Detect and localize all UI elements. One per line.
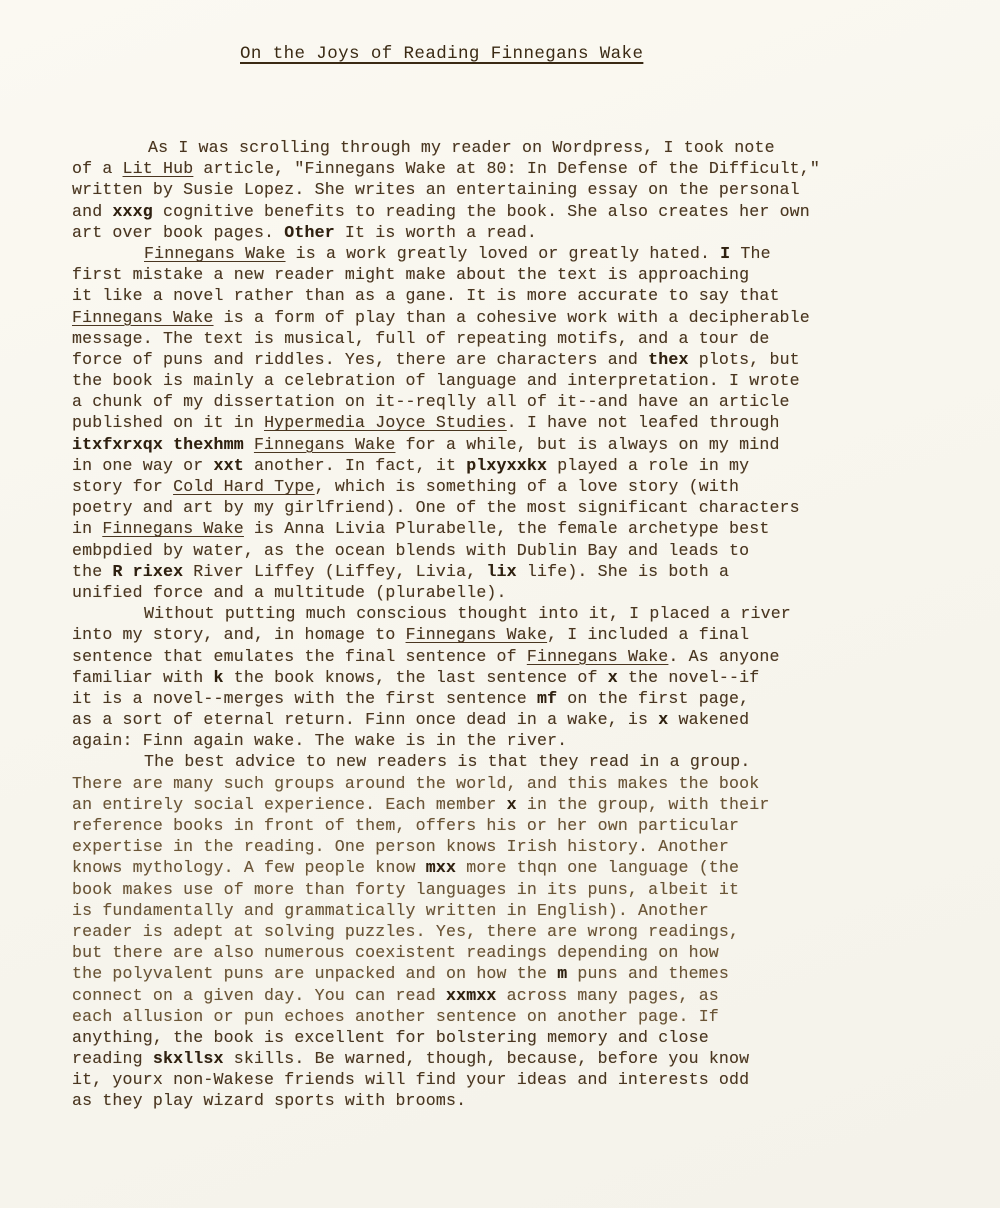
strikeover-text: plxyxxkx bbox=[466, 456, 547, 475]
text-run: life). She is both a bbox=[517, 562, 729, 581]
text-run: the novel--if bbox=[618, 668, 760, 687]
text-run: in one way or bbox=[72, 456, 214, 475]
text-run: poetry and art by my girlfriend). One of… bbox=[72, 498, 800, 517]
text-line: a chunk of my dissertation on it--reqlly… bbox=[72, 391, 952, 412]
text-run: each allusion or pun echoes another sent… bbox=[72, 1007, 719, 1026]
text-line: reader is adept at solving puzzles. Yes,… bbox=[72, 921, 952, 942]
text-run: River Liffey (Liffey, Livia, bbox=[183, 562, 486, 581]
underlined-title: Finnegans Wake bbox=[527, 647, 669, 666]
text-line: the polyvalent puns are unpacked and on … bbox=[72, 963, 952, 984]
text-run: The bbox=[730, 244, 770, 263]
text-run: in bbox=[72, 519, 102, 538]
underlined-title: Finnegans Wake bbox=[144, 244, 286, 263]
strikeover-text: mf bbox=[537, 689, 557, 708]
text-line: expertise in the reading. One person kno… bbox=[72, 836, 952, 857]
text-run: art over book pages. bbox=[72, 223, 284, 242]
text-line: the R rixex River Liffey (Liffey, Livia,… bbox=[72, 561, 952, 582]
text-run: There are many such groups around the wo… bbox=[72, 774, 759, 793]
text-run: embpdied by water, as the ocean blends w… bbox=[72, 541, 749, 560]
text-run: sentence that emulates the final sentenc… bbox=[72, 647, 527, 666]
text-run: written by Susie Lopez. She writes an en… bbox=[72, 180, 800, 199]
text-run: it is a novel--merges with the first sen… bbox=[72, 689, 537, 708]
text-line: it is a novel--merges with the first sen… bbox=[72, 688, 952, 709]
text-line: each allusion or pun echoes another sent… bbox=[72, 1006, 952, 1027]
text-run: reader is adept at solving puzzles. Yes,… bbox=[72, 922, 739, 941]
text-line: anything, the book is excellent for bols… bbox=[72, 1027, 952, 1048]
text-run: story for bbox=[72, 477, 173, 496]
text-run: for a while, but is always on my mind bbox=[395, 435, 779, 454]
text-line: Finnegans Wake is a work greatly loved o… bbox=[72, 243, 952, 264]
text-run: message. The text is musical, full of re… bbox=[72, 329, 769, 348]
text-line: written by Susie Lopez. She writes an en… bbox=[72, 179, 952, 200]
text-run: on the first page, bbox=[557, 689, 749, 708]
text-run: the bbox=[72, 562, 112, 581]
text-run: . I have not leafed through bbox=[507, 413, 780, 432]
text-line: the book is mainly a celebration of lang… bbox=[72, 370, 952, 391]
text-run: is a work greatly loved or greatly hated… bbox=[286, 244, 721, 263]
text-run: the book knows, the last sentence of bbox=[224, 668, 608, 687]
text-line: in Finnegans Wake is Anna Livia Plurabel… bbox=[72, 518, 952, 539]
text-run: reference books in front of them, offers… bbox=[72, 816, 739, 835]
text-line: story for Cold Hard Type, which is somet… bbox=[72, 476, 952, 497]
text-run: It is worth a read. bbox=[335, 223, 537, 242]
text-line: but there are also numerous coexistent r… bbox=[72, 942, 952, 963]
text-run: plots, but bbox=[689, 350, 800, 369]
text-line: unified force and a multitude (plurabell… bbox=[72, 582, 952, 603]
typewritten-page: On the Joys of Reading Finnegans Wake As… bbox=[0, 0, 1000, 1208]
text-line: as a sort of eternal return. Finn once d… bbox=[72, 709, 952, 730]
strikeover-text: k bbox=[214, 668, 224, 687]
strikeover-text: mxx bbox=[426, 858, 456, 877]
text-run: published on it in bbox=[72, 413, 264, 432]
underlined-title: Hypermedia Joyce Studies bbox=[264, 413, 507, 432]
text-line: book makes use of more than forty langua… bbox=[72, 879, 952, 900]
text-line: sentence that emulates the final sentenc… bbox=[72, 646, 952, 667]
text-run: is Anna Livia Plurabelle, the female arc… bbox=[244, 519, 770, 538]
text-line: art over book pages. Other It is worth a… bbox=[72, 222, 952, 243]
text-run bbox=[244, 435, 254, 454]
strikeover-text: x bbox=[608, 668, 618, 687]
paragraph: Without putting much conscious thought i… bbox=[72, 603, 952, 751]
essay-body: As I was scrolling through my reader on … bbox=[72, 137, 952, 1112]
text-run: skills. Be warned, though, because, befo… bbox=[224, 1049, 750, 1068]
strikeover-text: xxxg bbox=[112, 202, 152, 221]
paragraph: The best advice to new readers is that t… bbox=[72, 751, 952, 1111]
text-line: familiar with k the book knows, the last… bbox=[72, 667, 952, 688]
text-run: cognitive benefits to reading the book. … bbox=[153, 202, 810, 221]
text-run: The best advice to new readers is that t… bbox=[144, 752, 750, 771]
underlined-title: Finnegans Wake bbox=[102, 519, 244, 538]
strikeover-text: skxllsx bbox=[153, 1049, 224, 1068]
text-run: unified force and a multitude (plurabell… bbox=[72, 583, 507, 602]
text-run: wakened bbox=[668, 710, 749, 729]
text-run: a chunk of my dissertation on it--reqlly… bbox=[72, 392, 790, 411]
text-run: an entirely social experience. Each memb… bbox=[72, 795, 507, 814]
text-run: the book is mainly a celebration of lang… bbox=[72, 371, 800, 390]
text-run: Without putting much conscious thought i… bbox=[144, 604, 791, 623]
text-run: is fundamentally and grammatically writt… bbox=[72, 901, 709, 920]
text-line: is fundamentally and grammatically writt… bbox=[72, 900, 952, 921]
strikeover-text: x bbox=[658, 710, 668, 729]
text-run: more thqn one language (the bbox=[456, 858, 739, 877]
text-run: connect on a given day. You can read bbox=[72, 986, 446, 1005]
underlined-title: Finnegans Wake bbox=[72, 308, 214, 327]
text-run: another. In fact, it bbox=[244, 456, 466, 475]
text-run: article, "Finnegans Wake at 80: In Defen… bbox=[193, 159, 820, 178]
paragraph: As I was scrolling through my reader on … bbox=[72, 137, 952, 243]
text-line: in one way or xxt another. In fact, it p… bbox=[72, 455, 952, 476]
text-run: puns and themes bbox=[567, 964, 729, 983]
text-run: reading bbox=[72, 1049, 153, 1068]
text-line: an entirely social experience. Each memb… bbox=[72, 794, 952, 815]
text-run: , I included a final bbox=[547, 625, 749, 644]
text-line: The best advice to new readers is that t… bbox=[72, 751, 952, 772]
text-line: itxfxrxqx thexhmm Finnegans Wake for a w… bbox=[72, 434, 952, 455]
text-line: There are many such groups around the wo… bbox=[72, 773, 952, 794]
text-run: anything, the book is excellent for bols… bbox=[72, 1028, 709, 1047]
strikeover-text: Other bbox=[284, 223, 335, 242]
text-line: As I was scrolling through my reader on … bbox=[72, 137, 952, 158]
text-run: as they play wizard sports with brooms. bbox=[72, 1091, 466, 1110]
text-run: knows mythology. A few people know bbox=[72, 858, 426, 877]
text-line: again: Finn again wake. The wake is in t… bbox=[72, 730, 952, 751]
underlined-title: Finnegans Wake bbox=[406, 625, 548, 644]
paragraph: Finnegans Wake is a work greatly loved o… bbox=[72, 243, 952, 603]
strikeover-text: x bbox=[507, 795, 517, 814]
text-line: message. The text is musical, full of re… bbox=[72, 328, 952, 349]
text-run: and bbox=[72, 202, 112, 221]
text-run: expertise in the reading. One person kno… bbox=[72, 837, 729, 856]
text-run: of a bbox=[72, 159, 123, 178]
text-line: it like a novel rather than as a gane. I… bbox=[72, 285, 952, 306]
text-line: connect on a given day. You can read xxm… bbox=[72, 985, 952, 1006]
text-run: , which is something of a love story (wi… bbox=[315, 477, 740, 496]
text-line: poetry and art by my girlfriend). One of… bbox=[72, 497, 952, 518]
text-run: but there are also numerous coexistent r… bbox=[72, 943, 719, 962]
text-line: it, yourx non-Wakese friends will find y… bbox=[72, 1069, 952, 1090]
text-run: played a role in my bbox=[547, 456, 749, 475]
text-line: of a Lit Hub article, "Finnegans Wake at… bbox=[72, 158, 952, 179]
underlined-title: Finnegans Wake bbox=[254, 435, 396, 454]
text-run: as a sort of eternal return. Finn once d… bbox=[72, 710, 658, 729]
text-line: into my story, and, in homage to Finnega… bbox=[72, 624, 952, 645]
text-run: is a form of play than a cohesive work w… bbox=[214, 308, 810, 327]
text-run: book makes use of more than forty langua… bbox=[72, 880, 739, 899]
strikeover-text: xxt bbox=[214, 456, 244, 475]
text-run: As I was scrolling through my reader on … bbox=[148, 138, 775, 157]
underlined-title: Cold Hard Type bbox=[173, 477, 315, 496]
underlined-title: Lit Hub bbox=[123, 159, 194, 178]
text-line: first mistake a new reader might make ab… bbox=[72, 264, 952, 285]
text-line: Without putting much conscious thought i… bbox=[72, 603, 952, 624]
strikeover-text: itxfxrxqx thexhmm bbox=[72, 435, 244, 454]
text-line: and xxxg cognitive benefits to reading t… bbox=[72, 201, 952, 222]
text-run: in the group, with their bbox=[517, 795, 770, 814]
strikeover-text: lix bbox=[486, 562, 516, 581]
strikeover-text: xxmxx bbox=[446, 986, 497, 1005]
text-line: published on it in Hypermedia Joyce Stud… bbox=[72, 412, 952, 433]
text-run: into my story, and, in homage to bbox=[72, 625, 406, 644]
text-run: across many pages, as bbox=[497, 986, 719, 1005]
text-line: embpdied by water, as the ocean blends w… bbox=[72, 540, 952, 561]
text-line: force of puns and riddles. Yes, there ar… bbox=[72, 349, 952, 370]
text-line: knows mythology. A few people know mxx m… bbox=[72, 857, 952, 878]
text-run: it, yourx non-Wakese friends will find y… bbox=[72, 1070, 749, 1089]
text-run: familiar with bbox=[72, 668, 214, 687]
text-run: first mistake a new reader might make ab… bbox=[72, 265, 749, 284]
text-line: reading skxllsx skills. Be warned, thoug… bbox=[72, 1048, 952, 1069]
text-line: as they play wizard sports with brooms. bbox=[72, 1090, 952, 1111]
text-run: the polyvalent puns are unpacked and on … bbox=[72, 964, 557, 983]
text-run: it like a novel rather than as a gane. I… bbox=[72, 286, 780, 305]
strikeover-text: thex bbox=[648, 350, 688, 369]
text-run: again: Finn again wake. The wake is in t… bbox=[72, 731, 567, 750]
page-title: On the Joys of Reading Finnegans Wake bbox=[240, 44, 643, 64]
text-line: Finnegans Wake is a form of play than a … bbox=[72, 307, 952, 328]
text-line: reference books in front of them, offers… bbox=[72, 815, 952, 836]
text-run: force of puns and riddles. Yes, there ar… bbox=[72, 350, 648, 369]
strikeover-text: m bbox=[557, 964, 567, 983]
text-run: . As anyone bbox=[668, 647, 779, 666]
strikeover-text: I bbox=[720, 244, 730, 263]
strikeover-text: R rixex bbox=[112, 562, 183, 581]
